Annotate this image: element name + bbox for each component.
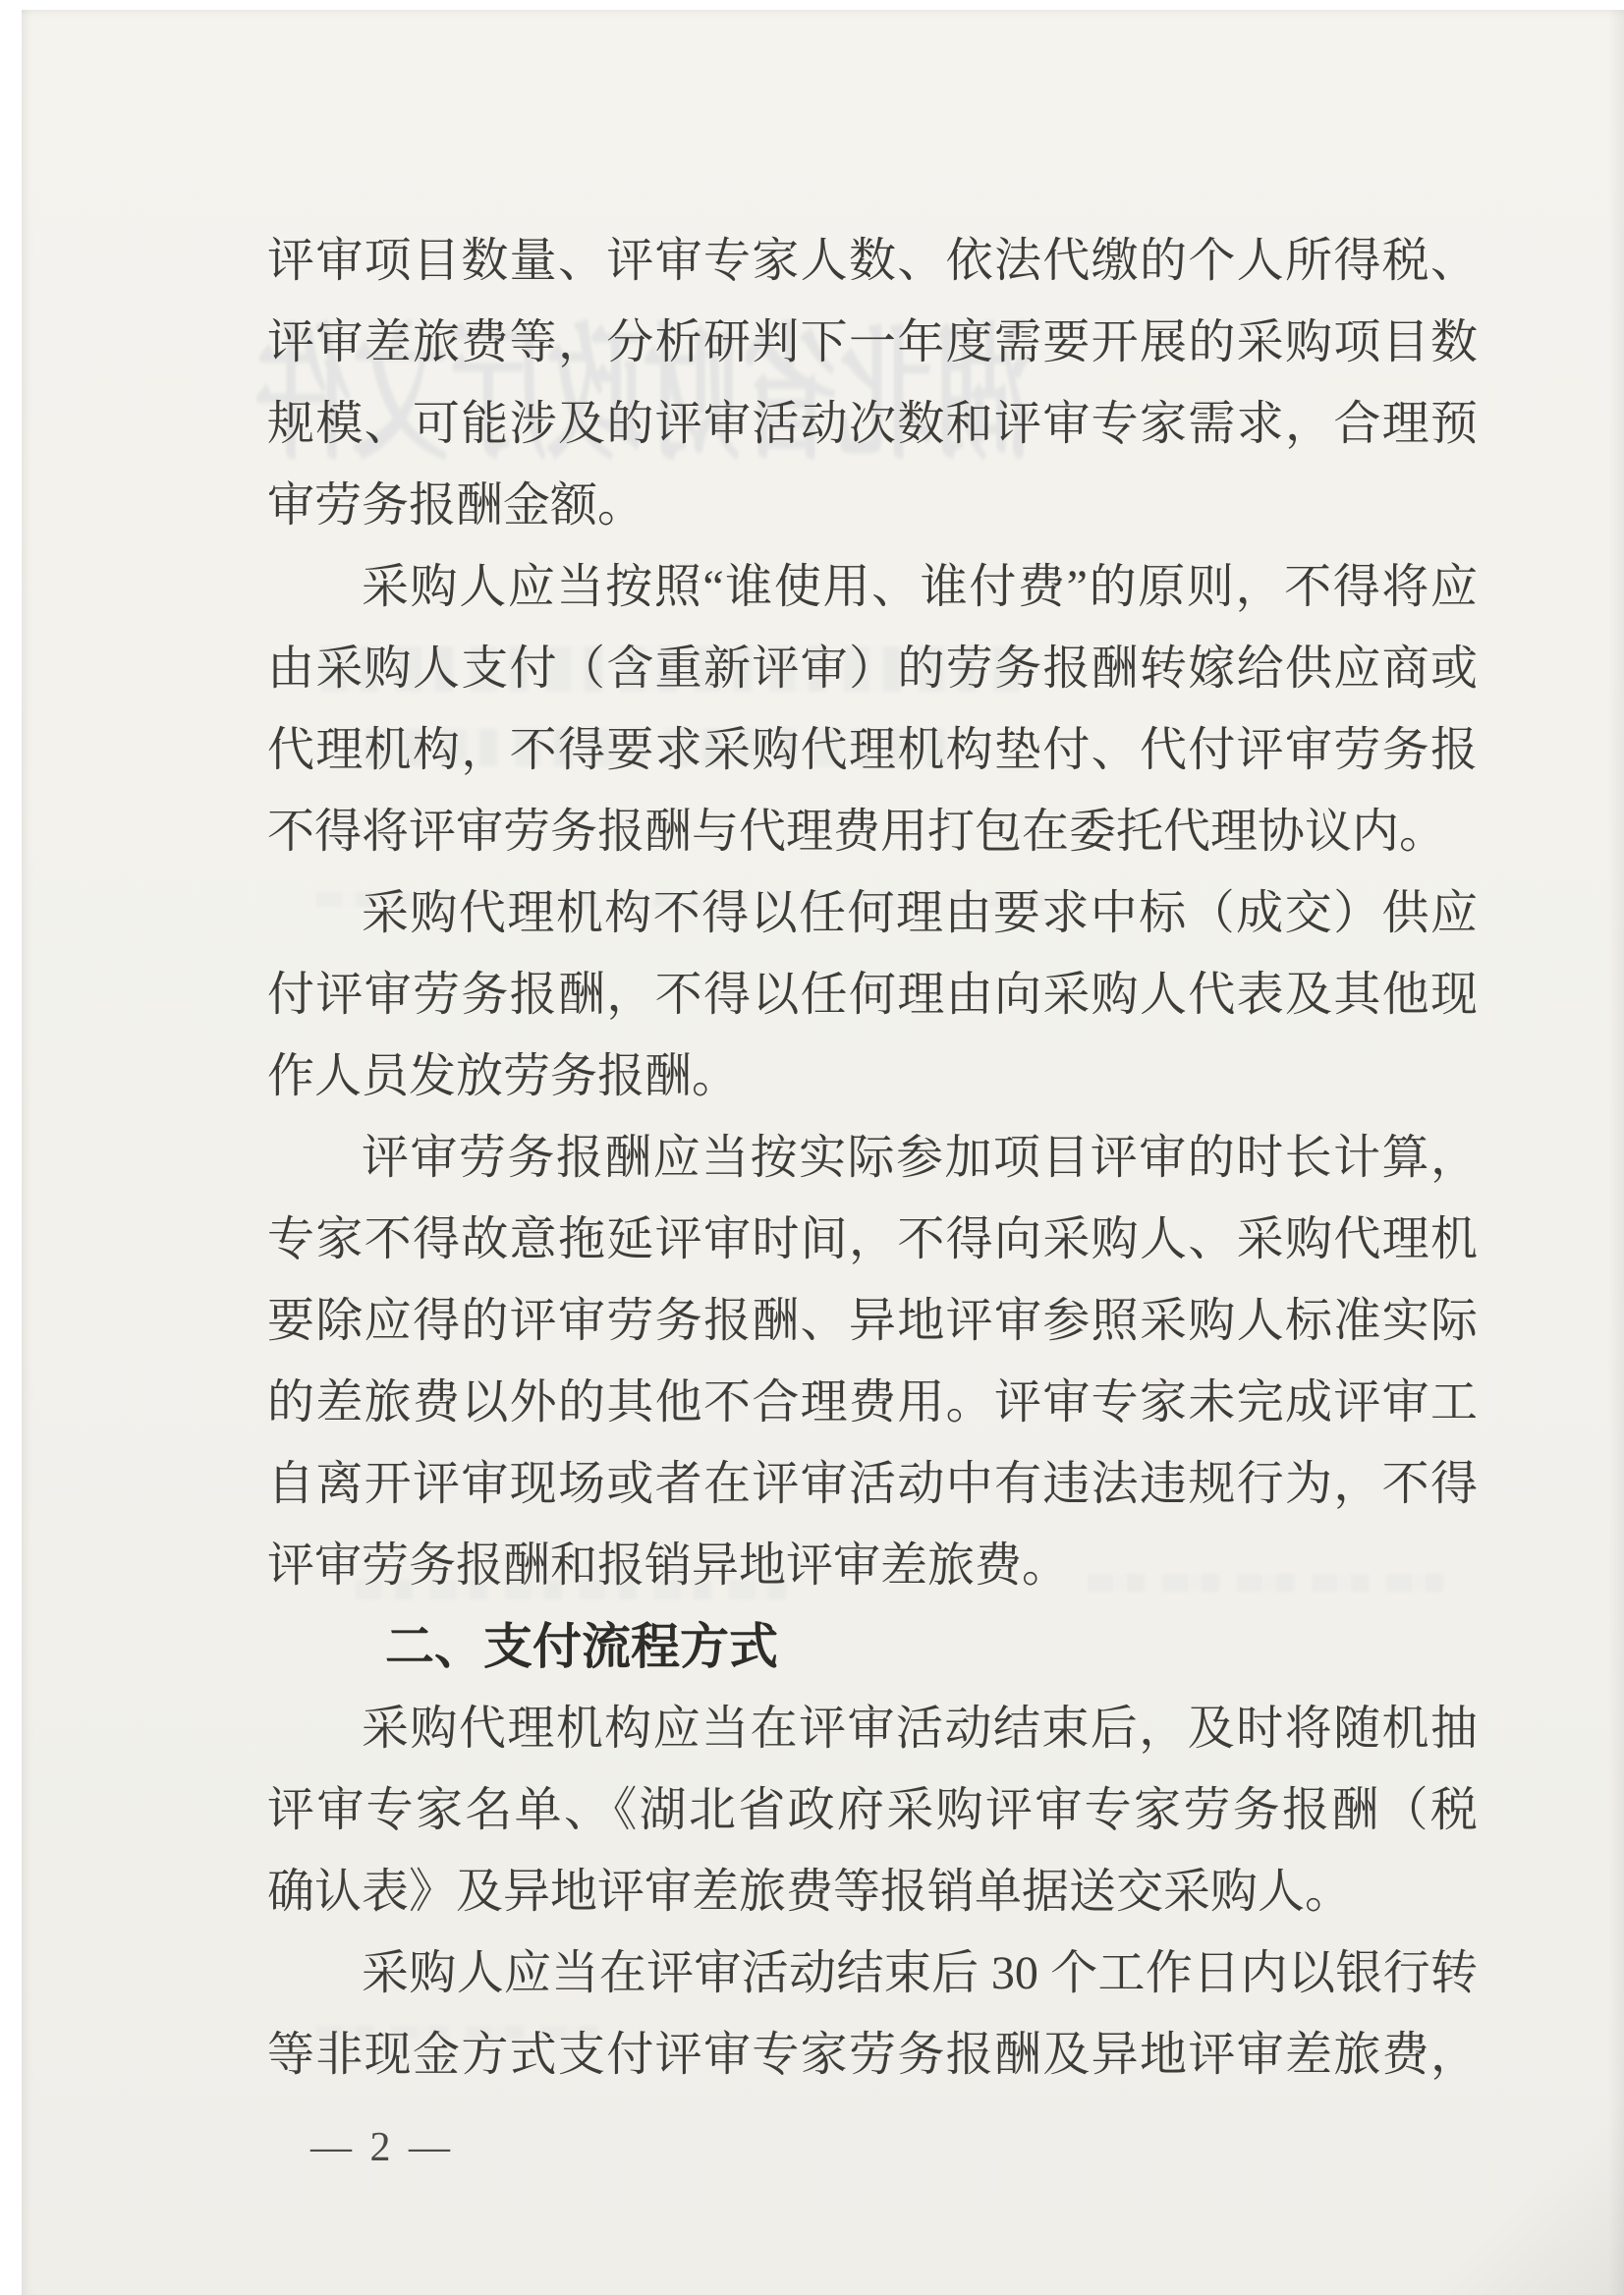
scan-corner-shadow xyxy=(1329,2108,1624,2295)
text-line: 评审劳务报酬和报销异地评审差旅费。 xyxy=(267,1525,1478,1606)
scanned-paper: 湖北省财政厅文件 评审项目数量、评审专家人数、依法代缴的个人所得税、异地 评审差… xyxy=(22,10,1624,2295)
text-line: 付评审劳务报酬，不得以任何理由向采购人代表及其他现场工 xyxy=(267,954,1478,1036)
text-line: 代理机构，不得要求采购代理机构垫付、代付评审劳务报酬， xyxy=(267,709,1478,791)
text-line: 确认表》及异地评审差旅费等报销单据送交采购人。 xyxy=(267,1851,1478,1932)
text-line: 采购代理机构应当在评审活动结束后，及时将随机抽取的 xyxy=(267,1688,1478,1769)
section-heading: 二、支付流程方式 xyxy=(267,1606,1478,1688)
text-line: 要除应得的评审劳务报酬、异地评审参照采购人标准实际发生 xyxy=(267,1280,1478,1362)
text-line: 等非现金方式支付评审专家劳务报酬及异地评审差旅费，支付 xyxy=(267,2014,1478,2096)
text-line: 作人员发放劳务报酬。 xyxy=(267,1036,1478,1117)
text-line: 评审劳务报酬应当按实际参加项目评审的时长计算，评审 xyxy=(267,1117,1478,1199)
text-line: 评审差旅费等，分析研判下一年度需要开展的采购项目数量和 xyxy=(267,302,1478,383)
text-line: 采购代理机构不得以任何理由要求中标（成交）供应商支 xyxy=(267,872,1478,954)
text-line: 评审专家名单、《湖北省政府采购评审专家劳务报酬（税后） xyxy=(267,1769,1478,1851)
text-line: 采购人应当按照“谁使用、谁付费”的原则，不得将应当 xyxy=(267,546,1478,628)
text-line: 的差旅费以外的其他不合理费用。评审专家未完成评审工作擅 xyxy=(267,1362,1478,1443)
text-line: 不得将评审劳务报酬与代理费用打包在委托代理协议内。 xyxy=(267,791,1478,872)
text-line: 由采购人支付（含重新评审）的劳务报酬转嫁给供应商或采购 xyxy=(267,628,1478,709)
text-line: 规模、可能涉及的评审活动次数和评审专家需求，合理预估评 xyxy=(267,383,1478,465)
text-line: 审劳务报酬金额。 xyxy=(267,465,1478,546)
text-line: 自离开评审现场或者在评审活动中有违法违规行为，不得获取 xyxy=(267,1443,1478,1525)
text-line: 评审项目数量、评审专家人数、依法代缴的个人所得税、异地 xyxy=(267,220,1478,302)
text-line: 专家不得故意拖延评审时间，不得向采购人、采购代理机构索 xyxy=(267,1199,1478,1280)
text-line: 采购人应当在评审活动结束后 30 个工作日内以银行转账 xyxy=(267,1932,1478,2014)
body-text: 评审项目数量、评审专家人数、依法代缴的个人所得税、异地 评审差旅费等，分析研判下… xyxy=(267,220,1478,2096)
page-number: — 2 — xyxy=(269,2124,495,2171)
scan-edge-shadow xyxy=(1608,10,1624,2295)
